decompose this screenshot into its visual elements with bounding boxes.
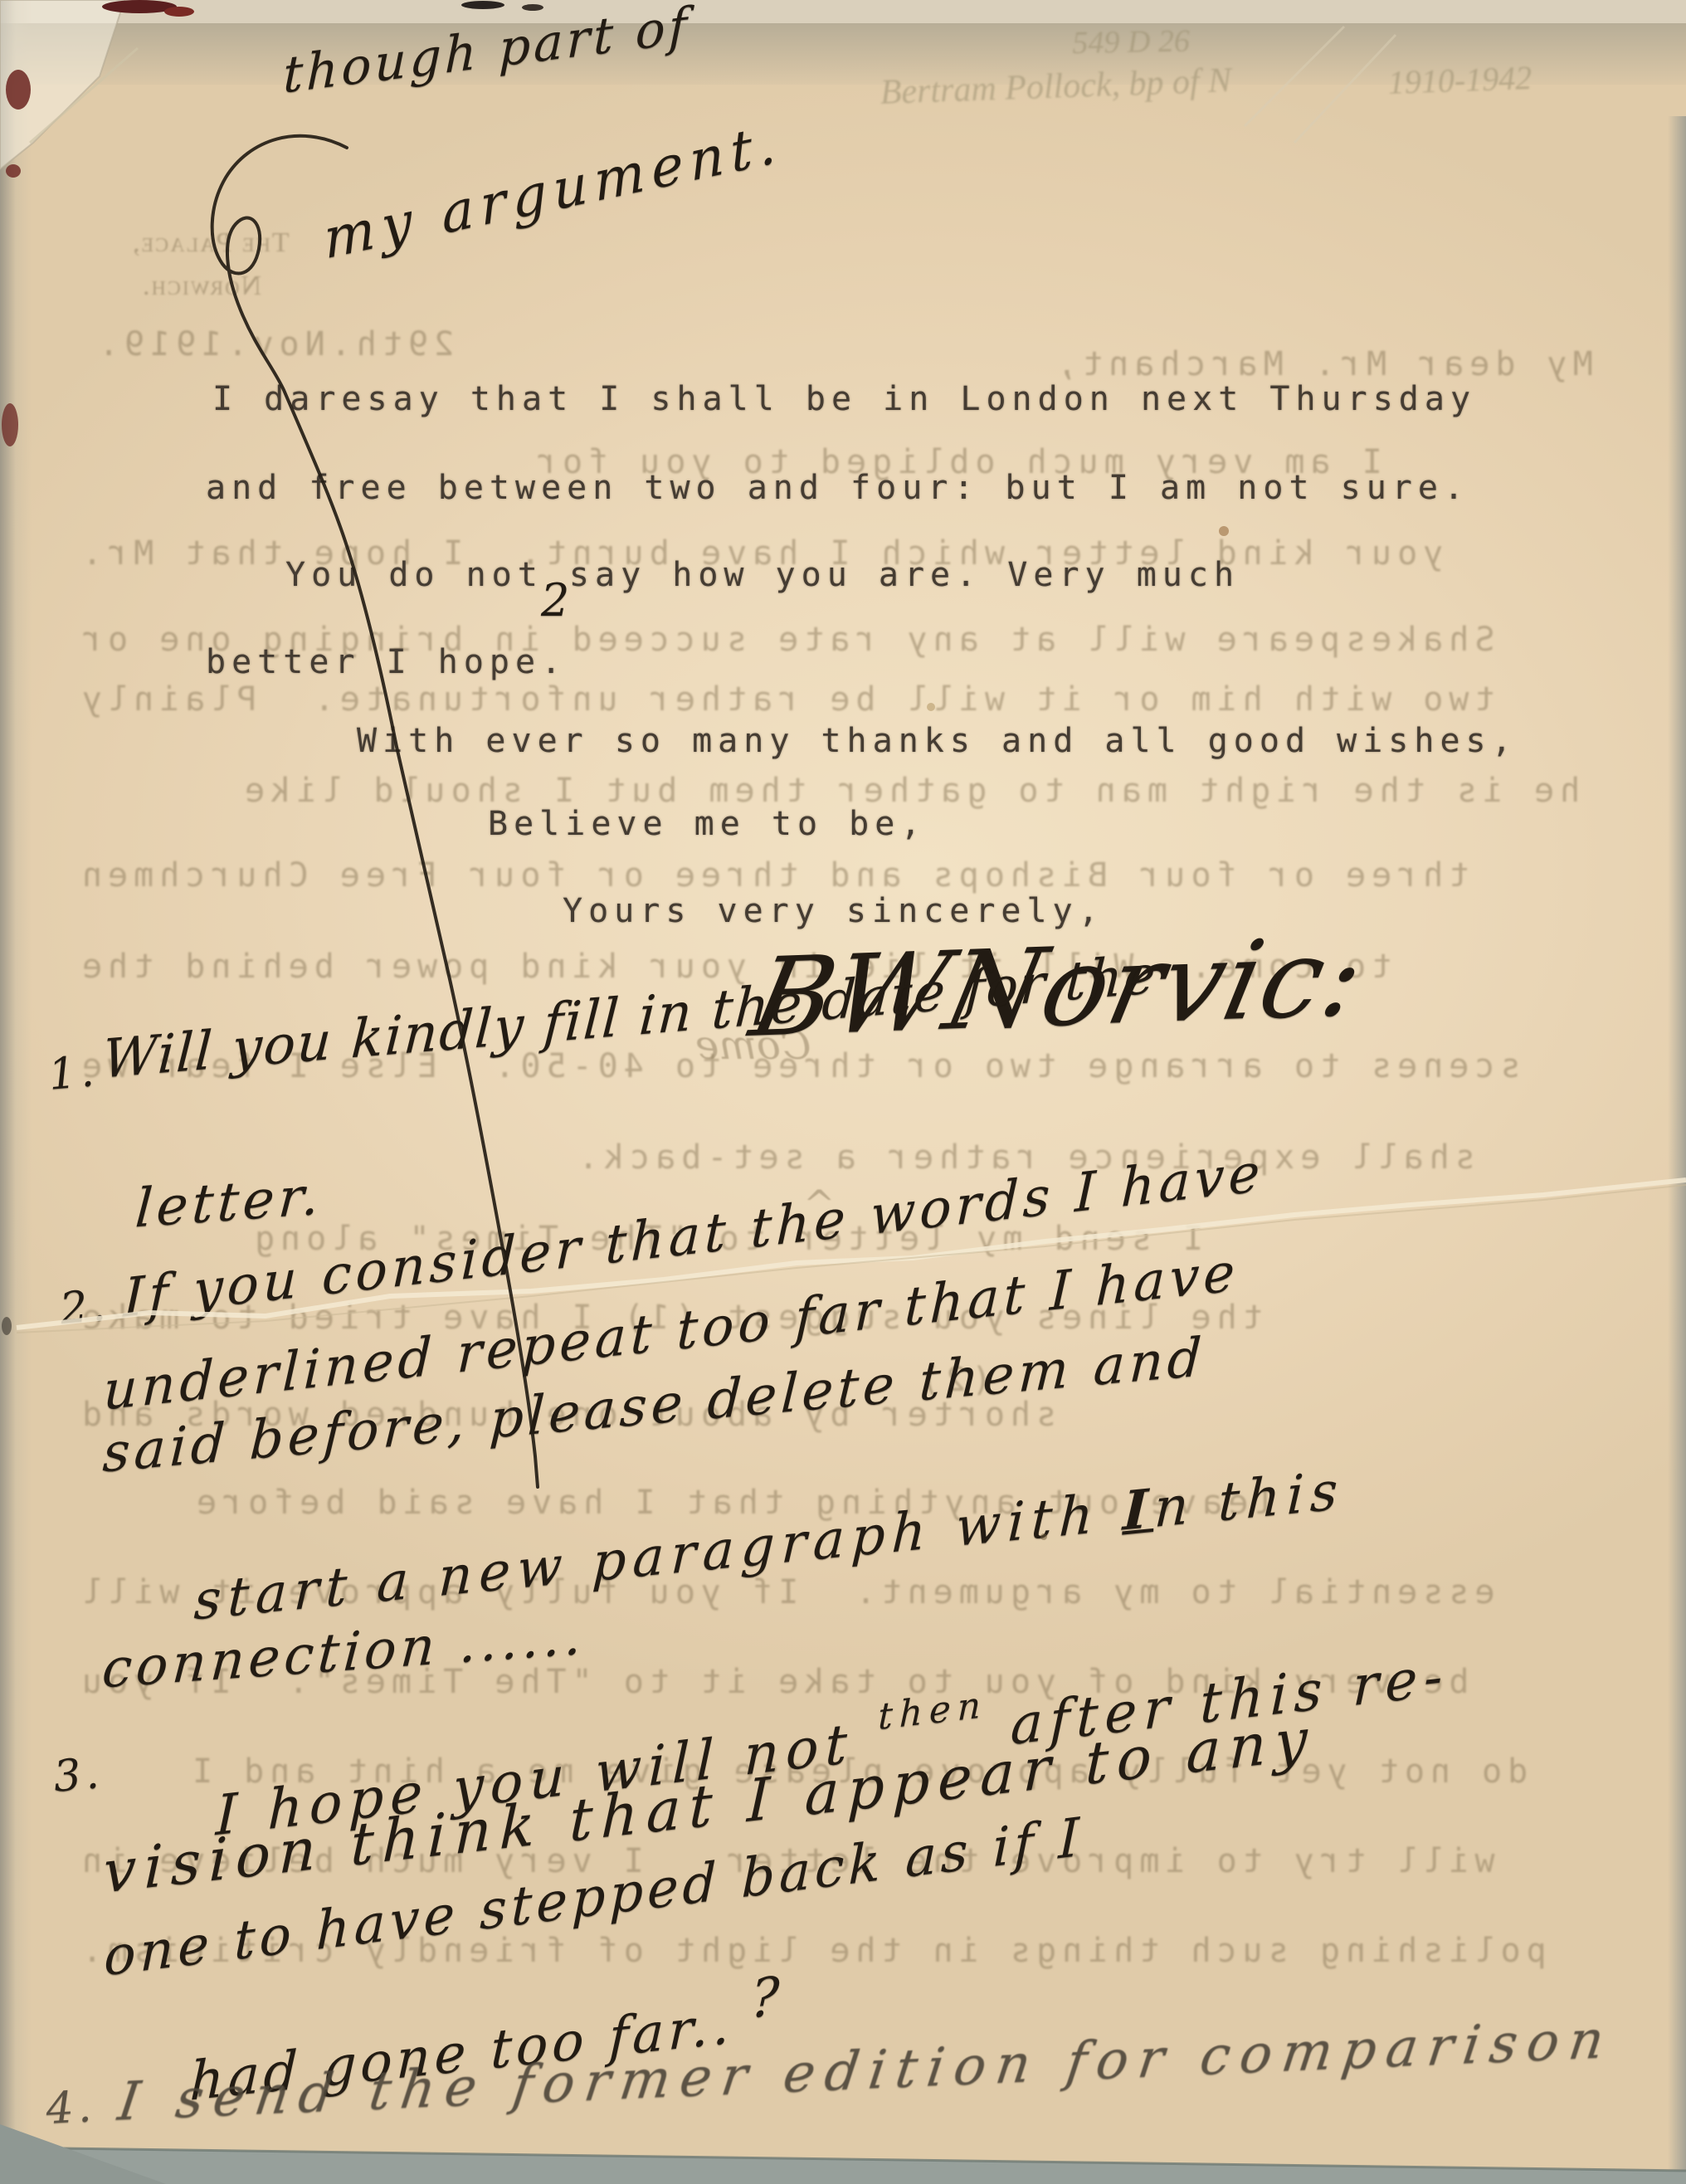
scan-artifacts-overlay [0,0,1686,2184]
ink-speck [461,1,504,9]
fold-crease [17,1180,1686,1328]
edge-speck [6,70,31,110]
edge-speck [2,403,18,446]
stain-dot [1219,526,1229,536]
ink-speck [522,4,543,11]
corner-crease [1245,27,1396,143]
pen-stroke [212,136,538,1487]
stain-dot [927,703,935,711]
ink-speck [164,7,194,17]
bottom-scanner-wedge [0,2147,1686,2184]
edge-speck [2,1317,12,1335]
edge-speck [6,164,21,178]
letter-scan: 549 D 26 Bertram Pollock, bp of N 1910-1… [0,0,1686,2184]
stain-dot [1040,1533,1047,1540]
